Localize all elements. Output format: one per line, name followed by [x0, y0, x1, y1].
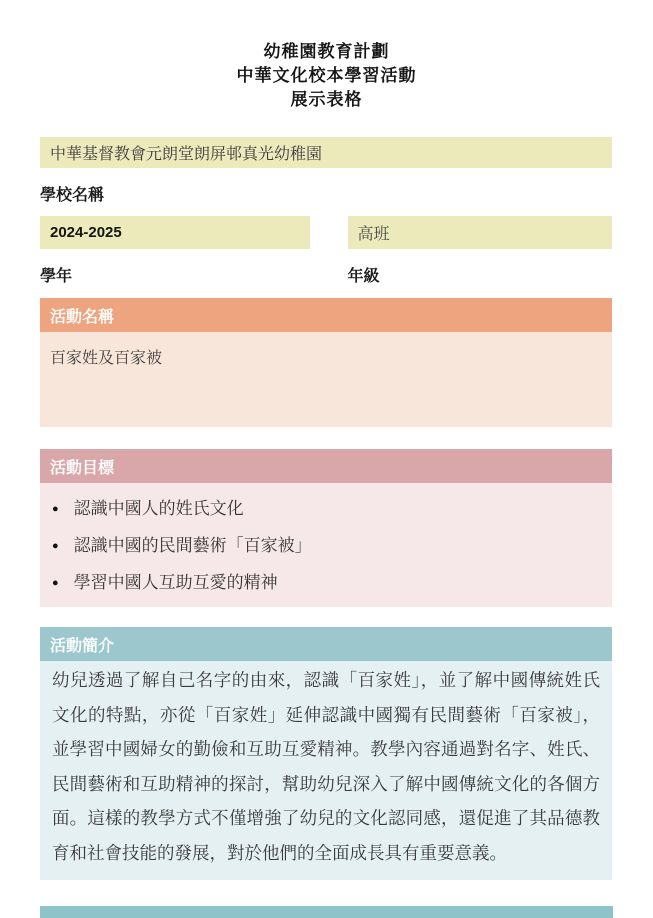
document-page: 幼稚園教育計劃 中華文化校本學習活動 展示表格 中華基督教會元朗堂朗屏邨真光幼稚… [0, 0, 653, 918]
section-activity-intro: 活動簡介 幼兒透過了解自己名字的由來，認識「百家姓」，並了解中國傳統姓氏文化的特… [40, 627, 612, 880]
title-line-1: 幼稚園教育計劃 [0, 40, 653, 64]
grade-value: 高班 [358, 221, 390, 244]
title-line-2: 中華文化校本學習活動 [0, 64, 653, 88]
activity-goals-field[interactable]: ● 認識中國人的姓氏文化 ● 認識中國的民間藝術「百家被」 ● 學習中國人互助互… [40, 483, 612, 607]
next-section-header-partial [40, 906, 613, 918]
activity-goals-header: 活動目標 [40, 449, 612, 483]
grade-field[interactable]: 高班 [348, 216, 613, 249]
section-activity-name: 活動名稱 百家姓及百家被 [40, 298, 612, 427]
goal-item-1: ● 認識中國人的姓氏文化 [52, 497, 602, 521]
goal-text-2: 認識中國的民間藝術「百家被」 [74, 534, 312, 558]
title-line-3: 展示表格 [0, 88, 653, 112]
goal-item-2: ● 認識中國的民間藝術「百家被」 [52, 534, 602, 558]
section-activity-goals: 活動目標 ● 認識中國人的姓氏文化 ● 認識中國的民間藝術「百家被」 ● 學習中… [40, 449, 612, 607]
goal-text-3: 學習中國人互助互愛的精神 [74, 571, 278, 595]
bullet-icon: ● [52, 571, 59, 595]
school-year-field[interactable]: 2024-2025 [40, 216, 310, 249]
activity-name-value: 百家姓及百家被 [50, 350, 162, 367]
school-name-label: 學校名稱 [40, 182, 612, 205]
activity-name-header: 活動名稱 [40, 298, 612, 332]
school-year-value: 2024-2025 [50, 224, 122, 241]
school-name-value: 中華基督教會元朗堂朗屏邨真光幼稚園 [50, 141, 322, 164]
activity-intro-header: 活動簡介 [40, 627, 612, 661]
school-year-label: 學年 [40, 263, 310, 286]
grade-label: 年級 [348, 263, 613, 286]
goal-text-1: 認識中國人的姓氏文化 [74, 497, 244, 521]
page-title: 幼稚園教育計劃 中華文化校本學習活動 展示表格 [0, 0, 653, 112]
activity-intro-text: 幼兒透過了解自己名字的由來，認識「百家姓」，並了解中國傳統姓氏文化的特點，亦從「… [52, 670, 600, 863]
activity-intro-field[interactable]: 幼兒透過了解自己名字的由來，認識「百家姓」，並了解中國傳統姓氏文化的特點，亦從「… [40, 661, 612, 880]
bullet-icon: ● [52, 497, 59, 521]
school-name-field[interactable]: 中華基督教會元朗堂朗屏邨真光幼稚園 [40, 137, 612, 168]
activity-name-field[interactable]: 百家姓及百家被 [40, 332, 612, 427]
goal-item-3: ● 學習中國人互助互愛的精神 [52, 571, 602, 595]
bullet-icon: ● [52, 534, 59, 558]
